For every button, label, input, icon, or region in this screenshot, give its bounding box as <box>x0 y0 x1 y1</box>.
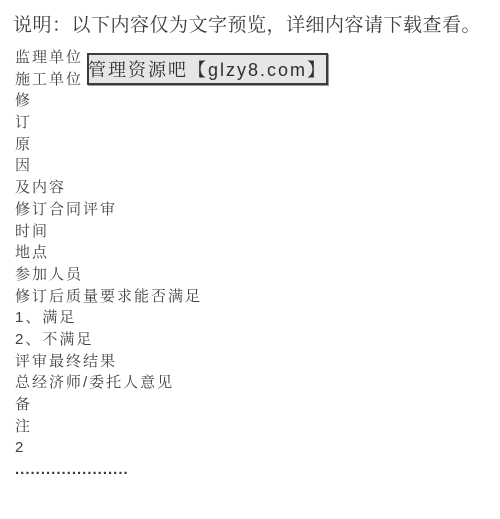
preview-line-participants: 参加人员 <box>15 264 485 286</box>
preview-line: 修 <box>15 90 485 112</box>
preview-line-dots: ...................... <box>15 459 485 481</box>
preview-text-block: 监理单位 施工单位 修 订 原 因 及内容 修订合同评审 时间 地点 参加人员 … <box>15 47 485 481</box>
preview-line-chief-economist-opinion: 总经济师/委托人意见 <box>15 372 485 394</box>
preview-notice: 说明：以下内容仅为文字预览，详细内容请下载查看。 <box>13 15 481 37</box>
preview-line-option-unsatisfied: 2、不满足 <box>15 329 485 351</box>
watermark-box: 管理资源吧【glzy8.com】 <box>87 53 328 85</box>
preview-line: 及内容 <box>15 177 485 199</box>
preview-line-time: 时间 <box>15 221 485 243</box>
preview-line-page-number: 2 <box>15 437 485 459</box>
preview-line-contract-review: 修订合同评审 <box>15 199 485 221</box>
preview-line-option-satisfied: 1、满足 <box>15 307 485 329</box>
preview-line: 因 <box>15 155 485 177</box>
preview-line: 订 <box>15 112 485 134</box>
preview-line: 注 <box>15 416 485 438</box>
preview-line: 备 <box>15 394 485 416</box>
preview-line-quality-requirement: 修订后质量要求能否满足 <box>15 286 485 308</box>
preview-line: 原 <box>15 134 485 156</box>
preview-line-place: 地点 <box>15 242 485 264</box>
document-preview-page: 说明：以下内容仅为文字预览，详细内容请下载查看。 监理单位 施工单位 修 订 原… <box>0 0 500 519</box>
preview-line-final-result: 评审最终结果 <box>15 351 485 373</box>
watermark-label: 管理资源吧【glzy8.com】 <box>88 56 327 82</box>
